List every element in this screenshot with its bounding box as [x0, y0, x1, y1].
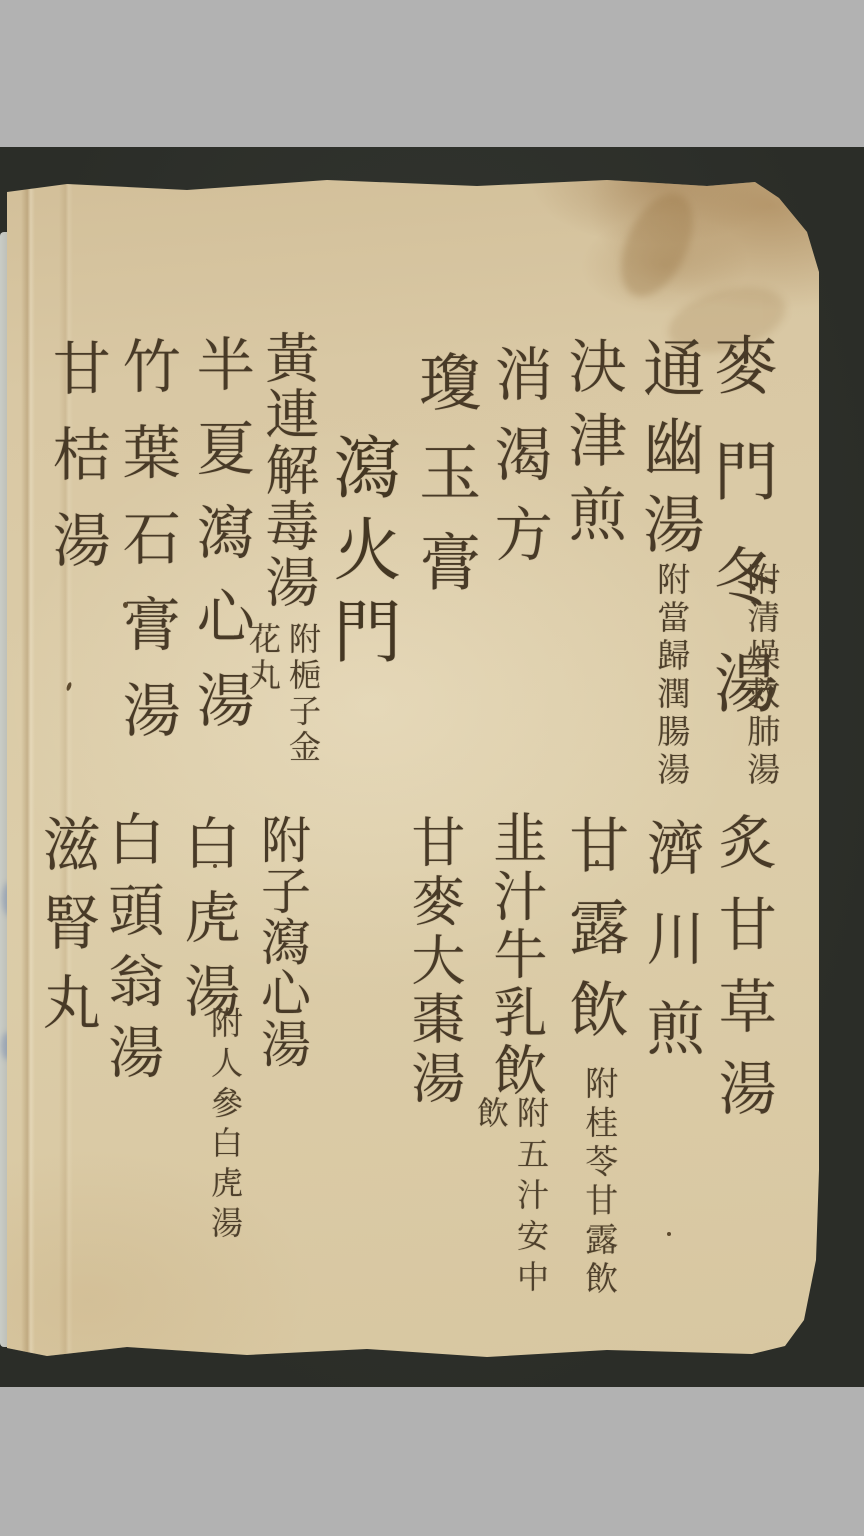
formula-note: 附桂苓甘露飲	[579, 1066, 620, 1300]
formula-name: 半夏瀉心湯	[185, 334, 256, 754]
formula-name: 決津煎	[557, 336, 628, 558]
water-stain	[607, 182, 708, 307]
formula-name: 甘麥大棗湯	[401, 814, 467, 1109]
formula-name: 通幽湯	[631, 336, 707, 570]
photo-backdrop: 麥門冬湯 附清燥救肺湯 通幽湯 附當歸潤腸湯 決津煎 消渴方 瓊玉膏 瀉火門 黃…	[0, 147, 864, 1387]
formula-note: 附當歸潤腸湯	[651, 562, 692, 790]
formula-note: 附五汁安中飲	[467, 1096, 551, 1314]
formula-note: 附清燥救肺湯	[741, 562, 782, 790]
formula-name: 瓊玉膏	[407, 350, 483, 620]
formula-name: 白虎湯	[173, 814, 241, 1036]
section-header: 瀉火門	[319, 432, 402, 678]
viewer-letterbox-bottom	[0, 1387, 864, 1536]
formula-name: 白頭翁湯	[97, 810, 165, 1094]
formula-name: 甘露飲	[557, 814, 630, 1060]
formula-name: 消渴方	[483, 344, 554, 584]
formula-note: 附人參白虎湯	[205, 1006, 245, 1246]
scanned-manuscript-view: 麥門冬湯 附清燥救肺湯 通幽湯 附當歸潤腸湯 決津煎 消渴方 瓊玉膏 瀉火門 黃…	[0, 0, 864, 1536]
viewer-letterbox-top	[0, 0, 864, 147]
formula-name: 滋腎丸	[31, 814, 102, 1051]
formula-name: 竹葉石膏湯	[111, 336, 182, 766]
formula-name: 炙甘草湯	[707, 812, 778, 1140]
formula-name: 附子瀉心湯	[251, 814, 312, 1069]
formula-name: 黃連解毒湯	[255, 330, 321, 610]
formula-name: 濟川煎	[635, 818, 706, 1088]
ink-speck	[667, 1232, 671, 1236]
formula-name: 甘桔湯	[41, 338, 112, 596]
paper-crease	[21, 170, 35, 1360]
manuscript-page: 麥門冬湯 附清燥救肺湯 通幽湯 附當歸潤腸湯 決津煎 消渴方 瓊玉膏 瀉火門 黃…	[7, 170, 819, 1360]
formula-name: 韭汁牛乳飲	[483, 810, 549, 1100]
